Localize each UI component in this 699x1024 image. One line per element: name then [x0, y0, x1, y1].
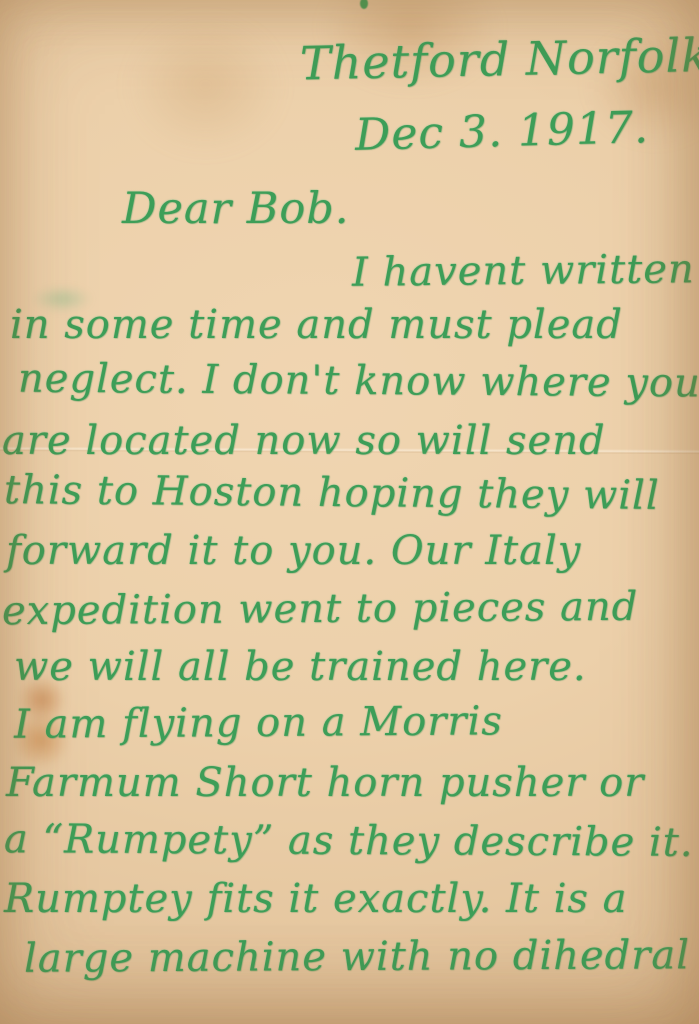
ink-speck	[360, 0, 368, 9]
handwritten-line: I havent written	[352, 246, 695, 296]
handwritten-line: we will all be trained here.	[14, 644, 587, 690]
handwritten-line: this to Hoston hoping they will	[4, 467, 660, 519]
handwritten-line: large machine with no dihedral	[24, 932, 690, 981]
letter-page: Thetford Norfolk. Dec 3. 1917. Dear Bob.…	[0, 0, 699, 1024]
handwritten-line: Farmum Short horn pusher or	[6, 760, 644, 806]
handwritten-line: a “Rumpety” as they describe it.	[4, 816, 694, 866]
handwritten-line: I am flying on a Morris	[14, 698, 503, 747]
handwritten-line: Rumptey fits it exactly. It is a	[4, 876, 628, 922]
letter-salutation: Dear Bob.	[122, 184, 349, 234]
handwritten-line: neglect. I don't know where you	[18, 356, 699, 407]
paper-stain	[128, 18, 283, 153]
letter-location: Thetford Norfolk.	[299, 28, 699, 91]
letter-date: Dec 3. 1917.	[354, 102, 649, 161]
handwritten-line: are located now so will send	[2, 418, 606, 464]
handwritten-line: forward it to you. Our Italy	[6, 528, 581, 574]
handwritten-line: expedition went to pieces and	[2, 584, 639, 634]
handwritten-line: in some time and must plead	[10, 302, 623, 348]
